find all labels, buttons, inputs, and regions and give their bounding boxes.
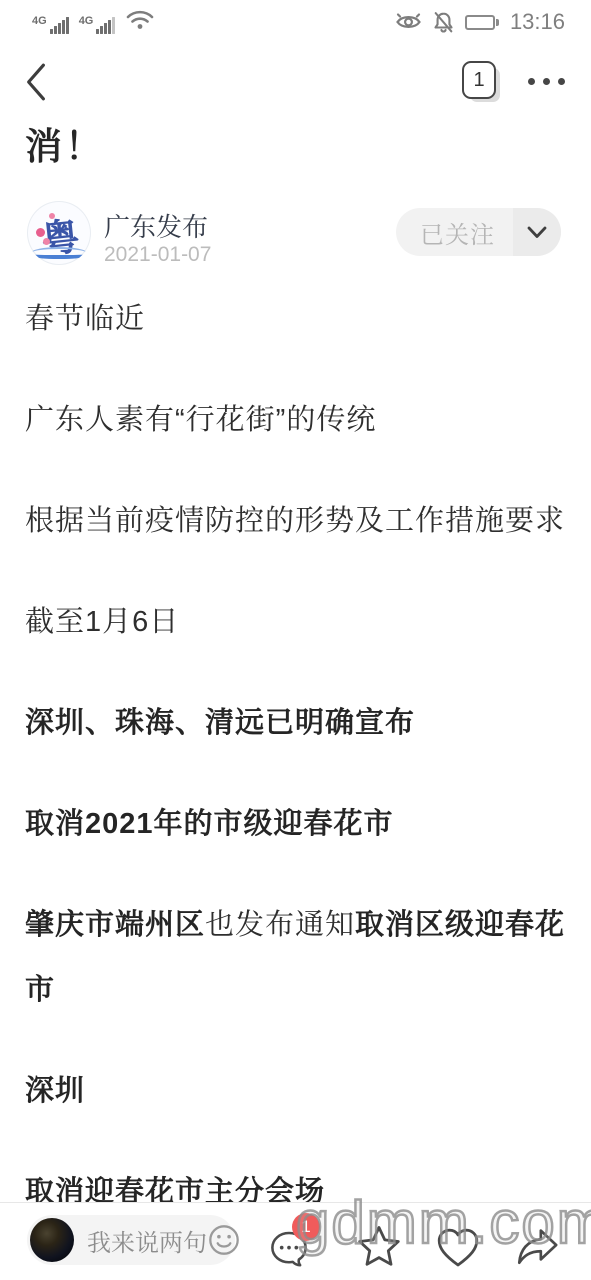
share-button[interactable] — [514, 1222, 560, 1268]
star-icon — [356, 1223, 402, 1269]
share-icon — [514, 1222, 560, 1268]
status-right: 13:16 — [395, 9, 565, 35]
back-button[interactable] — [24, 62, 50, 102]
smiley-icon — [207, 1223, 241, 1257]
publish-date: 2021-01-07 — [104, 243, 211, 267]
emoji-button[interactable] — [207, 1223, 241, 1257]
article-paragraph: 深圳、珠海、清远已明确宣布 — [25, 691, 566, 756]
signal-icon: 4G — [32, 17, 69, 34]
favorite-button[interactable] — [356, 1223, 402, 1269]
network-type-label: 4G — [32, 15, 47, 27]
article-paragraph: 截至1月6日 — [25, 590, 566, 655]
screen: 4G 4G — [0, 0, 591, 1280]
article-paragraph: 肇庆市端州区也发布通知取消区级迎春花市 — [25, 893, 566, 1023]
article-paragraph: 春节临近 — [25, 287, 566, 352]
more-menu-button[interactable] — [528, 78, 565, 85]
signal-icon: 4G — [79, 17, 116, 34]
article-paragraph: 深圳 — [25, 1059, 566, 1124]
author-name[interactable]: 广东发布 — [104, 207, 208, 244]
tab-count-button[interactable]: 1 — [462, 61, 496, 99]
author-avatar[interactable]: 粤 — [27, 201, 91, 265]
follow-expand-button[interactable] — [513, 208, 561, 256]
wifi-icon — [125, 8, 155, 32]
comment-placeholder: 我来说两句 — [87, 1223, 207, 1258]
chevron-down-icon — [527, 226, 547, 239]
network-type-label: 4G — [79, 15, 94, 27]
article-paragraph: 广东人素有“行花街”的传统 — [25, 388, 566, 453]
comment-count-badge: 1 — [292, 1213, 320, 1241]
follow-label: 已关注 — [396, 208, 513, 256]
comment-input[interactable]: 我来说两句 — [27, 1215, 235, 1265]
heart-icon — [436, 1227, 480, 1269]
status-bar: 4G 4G — [0, 0, 591, 44]
eye-comfort-icon — [395, 12, 422, 32]
article-paragraph: 取消2021年的市级迎春花市 — [25, 792, 566, 857]
article-title: 消！ — [25, 116, 105, 170]
battery-icon — [465, 15, 499, 30]
bottom-action-bar: 我来说两句 1 — [0, 1202, 591, 1280]
mute-icon — [431, 10, 456, 35]
status-time: 13:16 — [510, 9, 565, 35]
tab-count-label: 1 — [473, 69, 484, 92]
like-button[interactable] — [436, 1227, 480, 1269]
article-body: 春节临近广东人素有“行花街”的传统根据当前疫情防控的形势及工作措施要求截至1月6… — [25, 287, 566, 1261]
status-left: 4G 4G — [32, 10, 155, 34]
user-avatar — [30, 1218, 74, 1262]
follow-button[interactable]: 已关注 — [396, 208, 561, 256]
article-paragraph: 根据当前疫情防控的形势及工作措施要求 — [25, 489, 566, 554]
